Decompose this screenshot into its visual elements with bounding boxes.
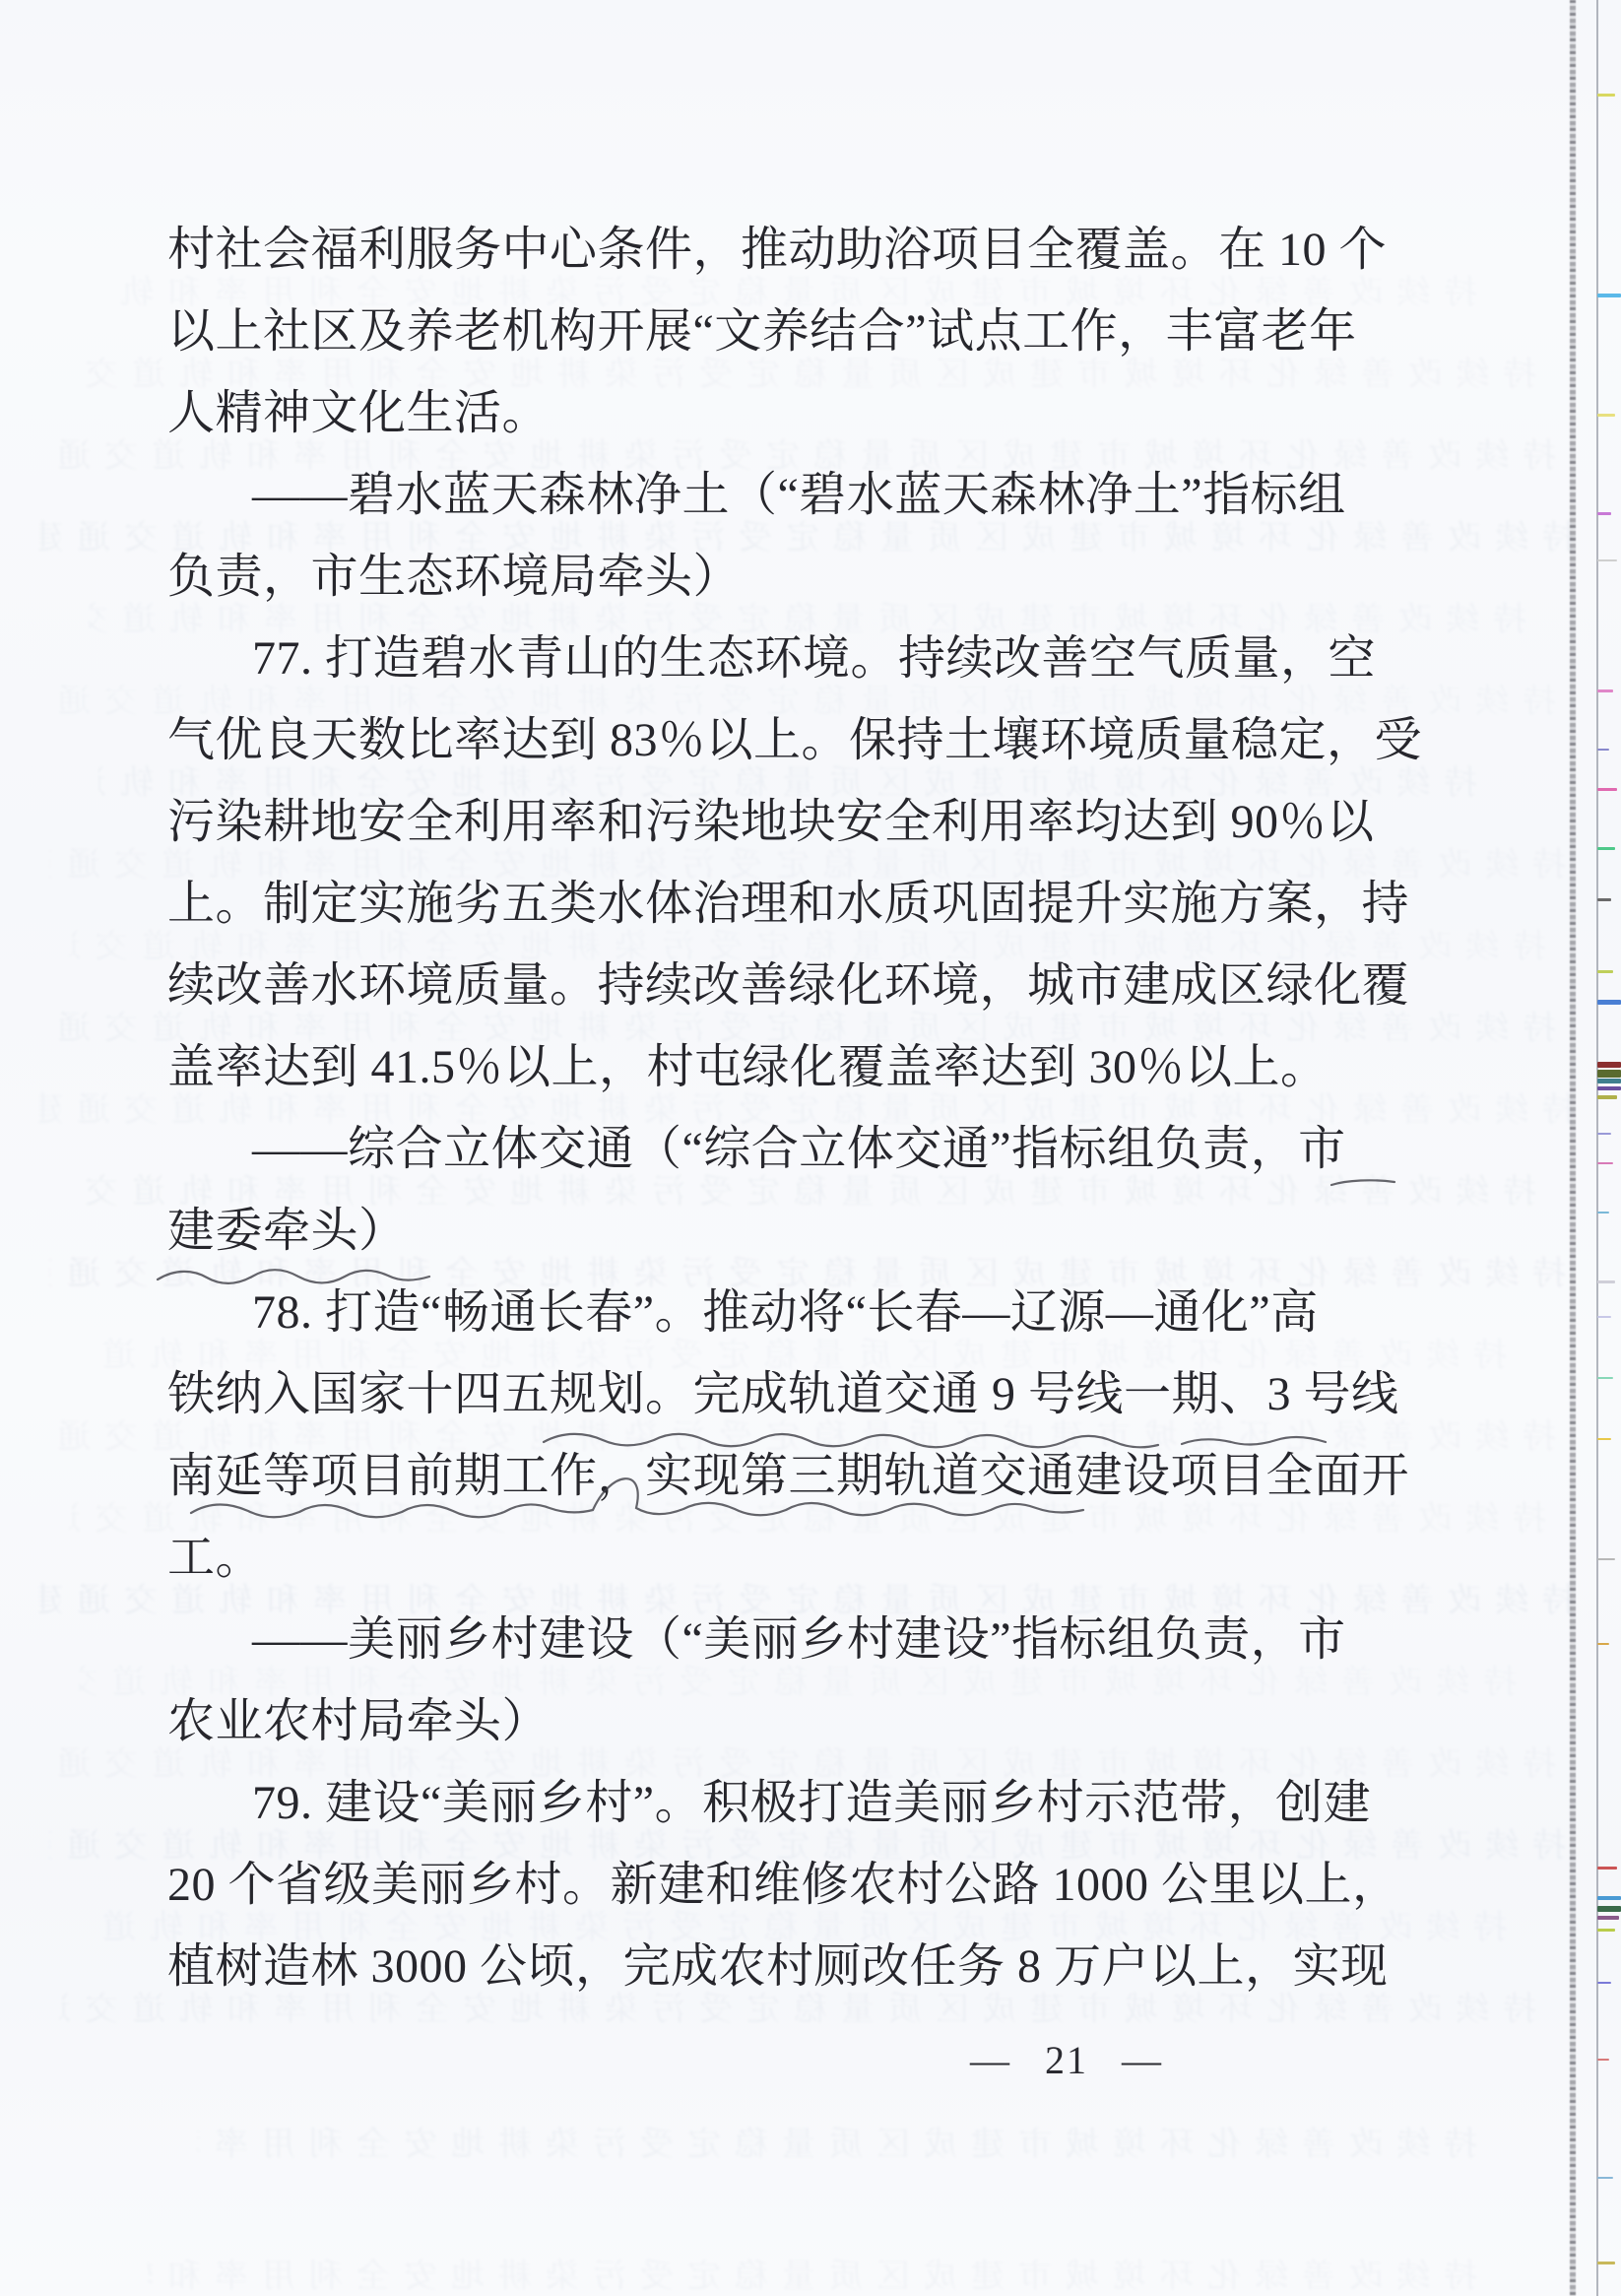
scanned-document-page: 持续改善绿化环境城市建成区质量稳定受污染耕地安全利用率和轨道交通建设项目指标组负… <box>0 0 1621 2296</box>
scan-color-tick <box>1597 847 1615 850</box>
scan-color-tick <box>1597 94 1615 97</box>
scan-color-tick <box>1597 788 1617 791</box>
scan-color-tick <box>1597 1280 1615 1283</box>
scan-color-tick <box>1597 689 1613 692</box>
ghost-text-row: 持续改善绿化环境城市建成区质量稳定受污染耕地安全利用率和轨道交通建设项目指标组负… <box>148 2258 1477 2296</box>
text-line: 南延等项目前期工作，实现第三期轨道交通建设项目全面开 <box>167 1435 1448 1517</box>
text-line: 上。制定实施劣五类水体治理和水质巩固提升实施方案，持 <box>167 863 1448 945</box>
text-line: ——美丽乡村建设（“美丽乡村建设”指标组负责，市 <box>167 1599 1448 1680</box>
scan-color-tick <box>1597 294 1621 297</box>
scan-edge-thin-line <box>1596 0 1598 2296</box>
footer-left-dash: — <box>970 2038 1011 2082</box>
scan-color-tick <box>1597 1896 1621 1900</box>
scan-color-tick <box>1597 1916 1619 1920</box>
text-line: 农业农村局牵头） <box>167 1680 1448 1762</box>
text-line: 工。 <box>167 1517 1448 1599</box>
scan-color-tick <box>1597 1906 1621 1912</box>
scan-color-tick <box>1597 1212 1609 1214</box>
scan-color-tick <box>1597 1133 1611 1135</box>
scan-color-tick <box>1597 1377 1613 1379</box>
scan-color-tick <box>1597 512 1611 515</box>
scan-color-tick <box>1597 970 1613 973</box>
scan-color-tick <box>1597 559 1617 561</box>
text-line: 79. 建设“美丽乡村”。积极打造美丽乡村示范带，创建 <box>167 1762 1448 1844</box>
text-line: 78. 打造“畅通长春”。推动将“长春—辽源—通化”高 <box>167 1272 1448 1353</box>
text-line: 77. 打造碧水青山的生态环境。持续改善空气质量，空 <box>167 618 1448 699</box>
text-line: 村社会福利服务中心条件，推动助浴项目全覆盖。在 10 个 <box>167 209 1448 291</box>
text-line: 污染耕地安全利用率和污染地块安全利用率均达到 90％以 <box>167 781 1448 863</box>
scan-color-tick <box>1597 2262 1615 2264</box>
text-line: 气优良天数比率达到 83％以上。保持土壤环境质量稳定，受 <box>167 699 1448 781</box>
scan-color-tick <box>1597 1316 1611 1318</box>
scan-color-tick <box>1597 2059 1609 2061</box>
footer-page-number: 21 <box>1045 2038 1088 2082</box>
scan-color-tick <box>1597 414 1615 417</box>
scan-color-tick <box>1597 1982 1611 1984</box>
scan-color-tick <box>1597 749 1609 751</box>
scan-color-tick <box>1597 1086 1621 1090</box>
text-line: 以上社区及养老机构开展“文养结合”试点工作，丰富老年 <box>167 291 1448 372</box>
scan-color-tick <box>1597 1000 1621 1005</box>
text-line: ——综合立体交通（“综合立体交通”指标组负责，市 <box>167 1108 1448 1190</box>
text-line: ——碧水蓝天森林净土（“碧水蓝天森林净土”指标组 <box>167 454 1448 536</box>
scan-color-tick <box>1597 1438 1611 1440</box>
text-line: 20 个省级美丽乡村。新建和维修农村公路 1000 公里以上， <box>167 1844 1448 1926</box>
scan-color-tick <box>1597 1070 1621 1078</box>
scan-color-tick <box>1597 1929 1615 1932</box>
page-number-footer: —21— <box>970 2037 1163 2083</box>
text-line: 负责，市生态环境局牵头） <box>167 536 1448 618</box>
scan-color-tick <box>1597 2177 1613 2179</box>
text-line: 续改善水环境质量。持续改善绿化环境，城市建成区绿化覆 <box>167 945 1448 1026</box>
scan-color-tick <box>1597 1079 1621 1083</box>
scan-edge-shadow-line <box>1570 0 1576 2296</box>
scan-color-tick <box>1597 1095 1617 1099</box>
footer-right-dash: — <box>1122 2038 1163 2082</box>
scan-color-tick <box>1597 1162 1613 1164</box>
text-line: 铁纳入国家十四五规划。完成轨道交通 9 号线一期、3 号线 <box>167 1353 1448 1435</box>
text-line: 盖率达到 41.5％以上，村屯绿化覆盖率达到 30％以上。 <box>167 1026 1448 1108</box>
scan-color-tick <box>1597 1867 1617 1870</box>
text-line: 植树造林 3000 公顷，完成农村厕改任务 8 万户以上，实现 <box>167 1926 1448 2007</box>
text-block: 村社会福利服务中心条件，推动助浴项目全覆盖。在 10 个以上社区及养老机构开展“… <box>167 209 1448 2007</box>
ghost-text-row: 持续改善绿化环境城市建成区质量稳定受污染耕地安全利用率和轨道交通建设项目指标组负… <box>197 2126 1477 2165</box>
text-line: 建委牵头） <box>167 1190 1448 1272</box>
scan-color-tick <box>1597 898 1611 901</box>
scan-color-tick <box>1597 1062 1621 1068</box>
scan-color-tick <box>1597 1643 1609 1645</box>
scan-color-tick <box>1597 1558 1615 1560</box>
text-line: 人精神文化生活。 <box>167 372 1448 454</box>
